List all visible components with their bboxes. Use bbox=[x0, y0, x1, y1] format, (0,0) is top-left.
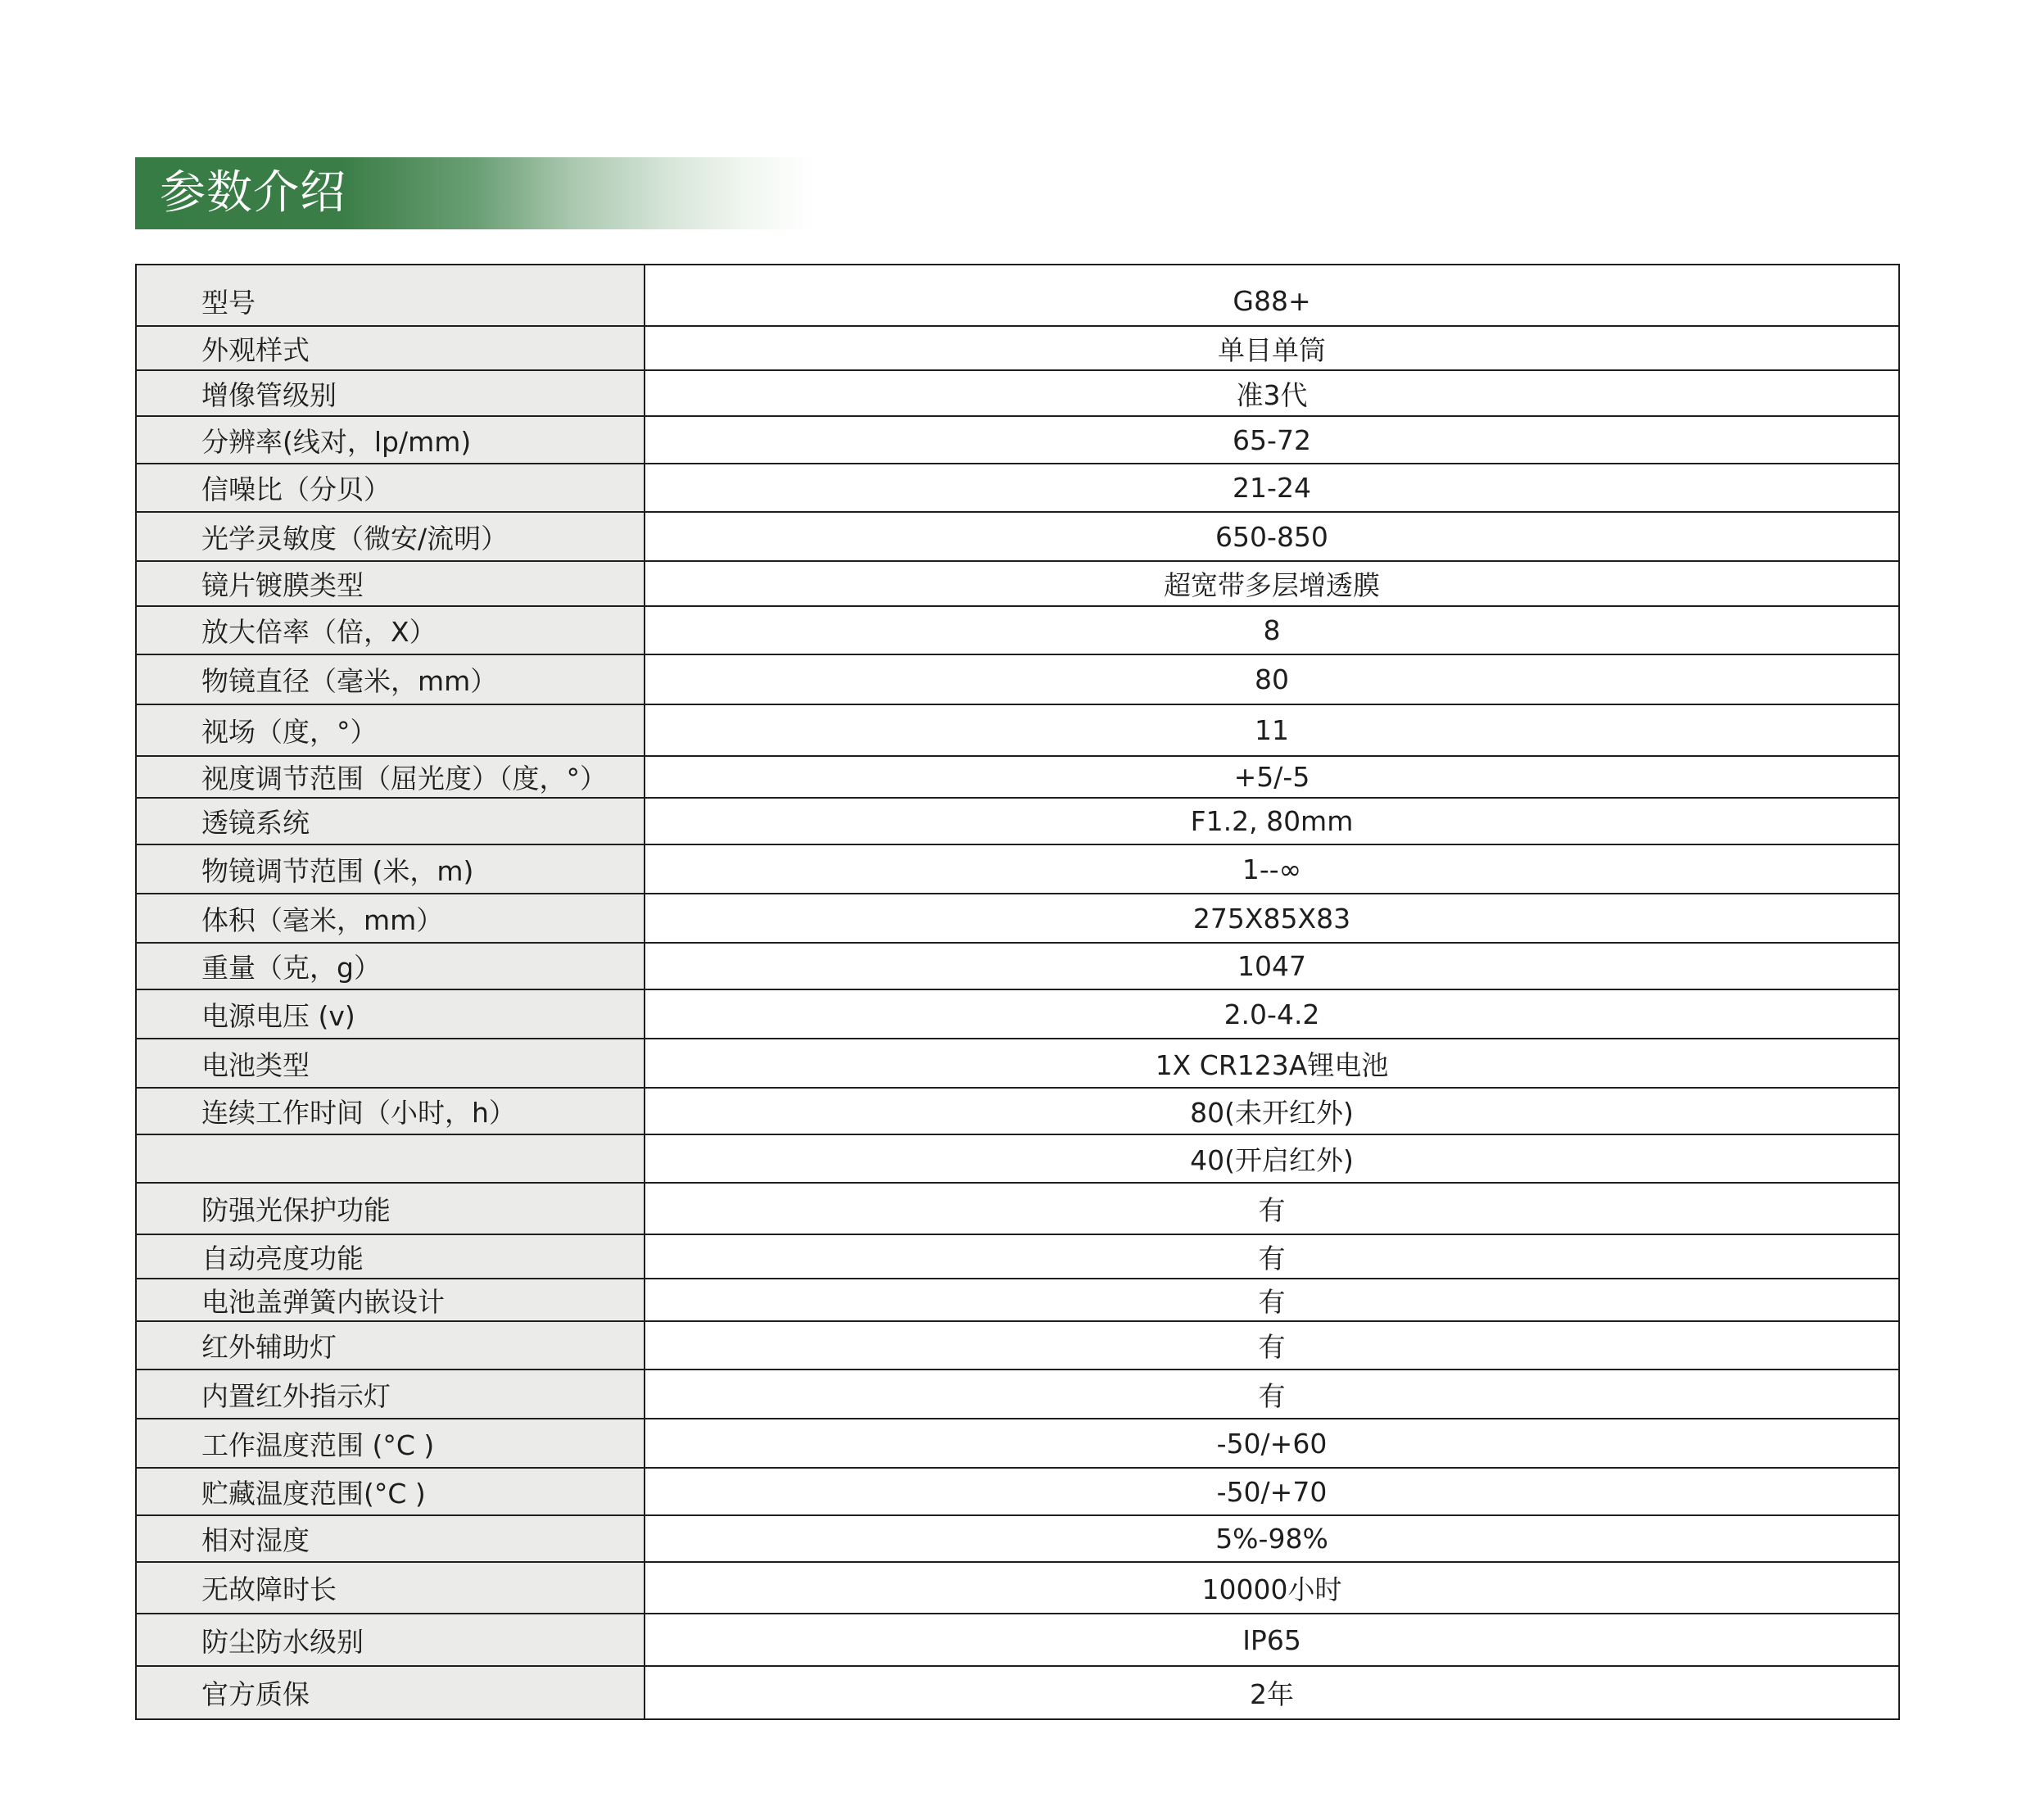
spec-row: 视场（度，°）11 bbox=[137, 704, 1898, 755]
spec-row: 贮藏温度范围(°C )-50/+70 bbox=[137, 1467, 1898, 1514]
spec-label: 自动亮度功能 bbox=[137, 1235, 645, 1278]
spec-label: 电池盖弹簧内嵌设计 bbox=[137, 1279, 645, 1320]
spec-label: 体积（毫米，mm） bbox=[137, 894, 645, 942]
spec-label: 相对湿度 bbox=[137, 1516, 645, 1561]
spec-row: 自动亮度功能有 bbox=[137, 1234, 1898, 1278]
spec-row: 工作温度范围 (°C )-50/+60 bbox=[137, 1418, 1898, 1467]
spec-value: -50/+60 bbox=[645, 1419, 1898, 1467]
spec-label: 光学灵敏度（微安/流明） bbox=[137, 513, 645, 560]
spec-label: 透镜系统 bbox=[137, 799, 645, 844]
section-title: 参数介绍 bbox=[160, 165, 346, 221]
spec-row: 40(开启红外) bbox=[137, 1134, 1898, 1182]
spec-label: 型号 bbox=[137, 265, 645, 325]
spec-label: 物镜调节范围 (米，m) bbox=[137, 845, 645, 893]
spec-label: 增像管级别 bbox=[137, 371, 645, 415]
spec-value: 65-72 bbox=[645, 417, 1898, 463]
spec-row: 重量（克，g）1047 bbox=[137, 942, 1898, 989]
spec-label: 视度调节范围（屈光度）（度，°） bbox=[137, 757, 645, 797]
spec-value: G88+ bbox=[645, 265, 1898, 325]
spec-value: 10000小时 bbox=[645, 1563, 1898, 1613]
spec-value: 40(开启红外) bbox=[645, 1135, 1898, 1182]
spec-value: -50/+70 bbox=[645, 1469, 1898, 1514]
spec-value: 5%-98% bbox=[645, 1516, 1898, 1561]
spec-value: 有 bbox=[645, 1184, 1898, 1234]
spec-label: 电池类型 bbox=[137, 1039, 645, 1087]
spec-row: 型号G88+ bbox=[137, 265, 1898, 325]
spec-value: 有 bbox=[645, 1235, 1898, 1278]
spec-row: 连续工作时间（小时，h）80(未开红外) bbox=[137, 1087, 1898, 1134]
spec-row: 外观样式单目单筒 bbox=[137, 325, 1898, 369]
spec-value: F1.2, 80mm bbox=[645, 799, 1898, 844]
spec-row: 放大倍率（倍，X）8 bbox=[137, 605, 1898, 654]
spec-row: 物镜调节范围 (米，m)1--∞ bbox=[137, 844, 1898, 893]
spec-table: 型号G88+外观样式单目单筒增像管级别准3代分辨率(线对，lp/mm)65-72… bbox=[135, 264, 1900, 1720]
spec-value: 11 bbox=[645, 705, 1898, 755]
spec-label: 无故障时长 bbox=[137, 1563, 645, 1613]
spec-label: 官方质保 bbox=[137, 1667, 645, 1718]
spec-row: 电池盖弹簧内嵌设计有 bbox=[137, 1278, 1898, 1320]
spec-label: 放大倍率（倍，X） bbox=[137, 607, 645, 654]
spec-value: 2年 bbox=[645, 1667, 1898, 1718]
spec-value: 有 bbox=[645, 1279, 1898, 1320]
spec-label: 镜片镀膜类型 bbox=[137, 562, 645, 605]
spec-value: 8 bbox=[645, 607, 1898, 654]
spec-value: 650-850 bbox=[645, 513, 1898, 560]
spec-value: 准3代 bbox=[645, 371, 1898, 415]
spec-row: 相对湿度5%-98% bbox=[137, 1514, 1898, 1561]
spec-row: 红外辅助灯有 bbox=[137, 1320, 1898, 1369]
spec-value: 2.0-4.2 bbox=[645, 990, 1898, 1038]
spec-value: 80 bbox=[645, 655, 1898, 704]
spec-label: 连续工作时间（小时，h） bbox=[137, 1089, 645, 1134]
spec-label bbox=[137, 1135, 645, 1182]
spec-row: 内置红外指示灯有 bbox=[137, 1369, 1898, 1418]
spec-value: 1--∞ bbox=[645, 845, 1898, 893]
spec-row: 无故障时长10000小时 bbox=[137, 1561, 1898, 1613]
spec-row: 分辨率(线对，lp/mm)65-72 bbox=[137, 415, 1898, 463]
spec-label: 外观样式 bbox=[137, 327, 645, 369]
spec-label: 工作温度范围 (°C ) bbox=[137, 1419, 645, 1467]
spec-label: 内置红外指示灯 bbox=[137, 1370, 645, 1418]
spec-row: 物镜直径（毫米，mm）80 bbox=[137, 654, 1898, 704]
spec-label: 分辨率(线对，lp/mm) bbox=[137, 417, 645, 463]
spec-label: 物镜直径（毫米，mm） bbox=[137, 655, 645, 704]
spec-value: +5/-5 bbox=[645, 757, 1898, 797]
spec-row: 镜片镀膜类型超宽带多层增透膜 bbox=[137, 560, 1898, 605]
spec-value: 单目单筒 bbox=[645, 327, 1898, 369]
spec-label: 红外辅助灯 bbox=[137, 1322, 645, 1369]
spec-label: 防尘防水级别 bbox=[137, 1614, 645, 1665]
spec-row: 防尘防水级别IP65 bbox=[137, 1613, 1898, 1665]
spec-row: 视度调节范围（屈光度）（度，°）+5/-5 bbox=[137, 755, 1898, 797]
spec-row: 透镜系统F1.2, 80mm bbox=[137, 797, 1898, 844]
spec-row: 体积（毫米，mm）275X85X83 bbox=[137, 893, 1898, 942]
spec-row: 信噪比（分贝）21-24 bbox=[137, 463, 1898, 511]
spec-row: 电池类型1X CR123A锂电池 bbox=[137, 1038, 1898, 1087]
spec-label: 重量（克，g） bbox=[137, 944, 645, 989]
spec-row: 光学灵敏度（微安/流明）650-850 bbox=[137, 511, 1898, 560]
spec-row: 增像管级别准3代 bbox=[137, 369, 1898, 415]
spec-value: 80(未开红外) bbox=[645, 1089, 1898, 1134]
section-header-banner: 参数介绍 bbox=[135, 157, 816, 229]
spec-row: 官方质保2年 bbox=[137, 1665, 1898, 1718]
spec-value: 1047 bbox=[645, 944, 1898, 989]
spec-value: 超宽带多层增透膜 bbox=[645, 562, 1898, 605]
spec-label: 视场（度，°） bbox=[137, 705, 645, 755]
spec-label: 电源电压 (v) bbox=[137, 990, 645, 1038]
spec-value: 1X CR123A锂电池 bbox=[645, 1039, 1898, 1087]
spec-value: 有 bbox=[645, 1370, 1898, 1418]
spec-label: 防强光保护功能 bbox=[137, 1184, 645, 1234]
spec-row: 防强光保护功能有 bbox=[137, 1182, 1898, 1234]
spec-value: IP65 bbox=[645, 1614, 1898, 1665]
spec-label: 信噪比（分贝） bbox=[137, 464, 645, 511]
spec-label: 贮藏温度范围(°C ) bbox=[137, 1469, 645, 1514]
spec-value: 21-24 bbox=[645, 464, 1898, 511]
spec-row: 电源电压 (v)2.0-4.2 bbox=[137, 989, 1898, 1038]
spec-value: 275X85X83 bbox=[645, 894, 1898, 942]
spec-value: 有 bbox=[645, 1322, 1898, 1369]
